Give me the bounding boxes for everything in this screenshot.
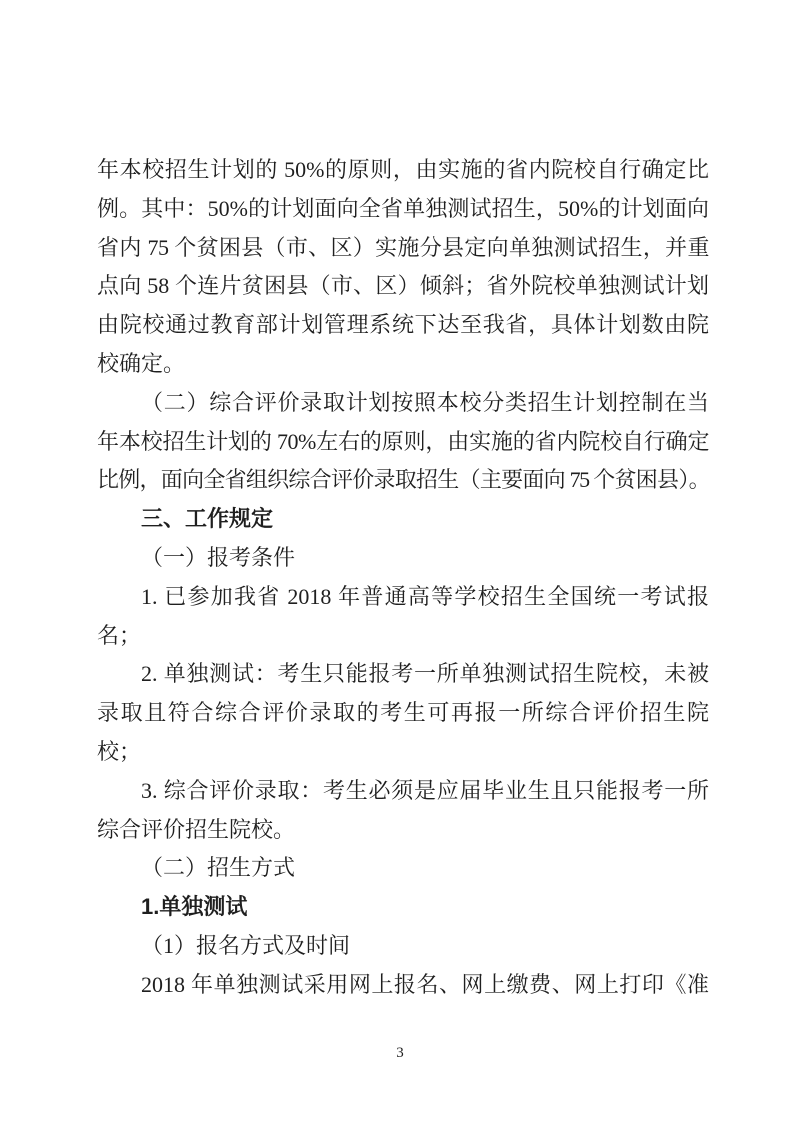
body-text-line: 例。其中：50%的计划面向全省单独测试招生，50%的计划面向 [97,190,709,229]
body-text-line: 名； [97,617,709,656]
body-text-line: （二）综合评价录取计划按照本校分类招生计划控制在当 [97,384,709,423]
heading-line: 1.单独测试 [97,888,709,927]
body-text-line: 3. 综合评价录取：考生必须是应届毕业生且只能报考一所 [97,772,709,811]
body-text-line: 年本校招生计划的 70%左右的原则，由实施的省内院校自行确定 [97,423,709,462]
body-text-line: 2018 年单独测试采用网上报名、网上缴费、网上打印《准 [97,966,709,1005]
body-text-line: 2. 单独测试：考生只能报考一所单独测试招生院校，未被 [97,655,709,694]
body-text-line: 1. 已参加我省 2018 年普通高等学校招生全国统一考试报 [97,578,709,617]
heading-line: 三、工作规定 [97,500,709,539]
body-text-line: 校确定。 [97,345,709,384]
page-number: 3 [396,1045,404,1061]
document-page: 年本校招生计划的 50%的原则，由实施的省内院校自行确定比例。其中：50%的计划… [0,0,800,1131]
body-text-line: 省内 75 个贫困县（市、区）实施分县定向单独测试招生，并重 [97,229,709,268]
body-text-line: 综合评价招生院校。 [97,811,709,850]
document-body: 年本校招生计划的 50%的原则，由实施的省内院校自行确定比例。其中：50%的计划… [97,151,709,1005]
body-text-line: 点向 58 个连片贫困县（市、区）倾斜；省外院校单独测试计划 [97,267,709,306]
body-text-line: 由院校通过教育部计划管理系统下达至我省，具体计划数由院 [97,306,709,345]
body-text-line: 录取且符合综合评价录取的考生可再报一所综合评价招生院 [97,694,709,733]
body-text-line: 比例，面向全省组织综合评价录取招生（主要面向 75 个贫困县）。 [97,461,709,500]
body-text-line: 年本校招生计划的 50%的原则，由实施的省内院校自行确定比 [97,151,709,190]
page-footer: 3 [0,1044,800,1062]
heading-line: （二）招生方式 [97,849,709,888]
heading-line: （1）报名方式及时间 [97,927,709,966]
heading-line: （一）报考条件 [97,539,709,578]
body-text-line: 校； [97,733,709,772]
